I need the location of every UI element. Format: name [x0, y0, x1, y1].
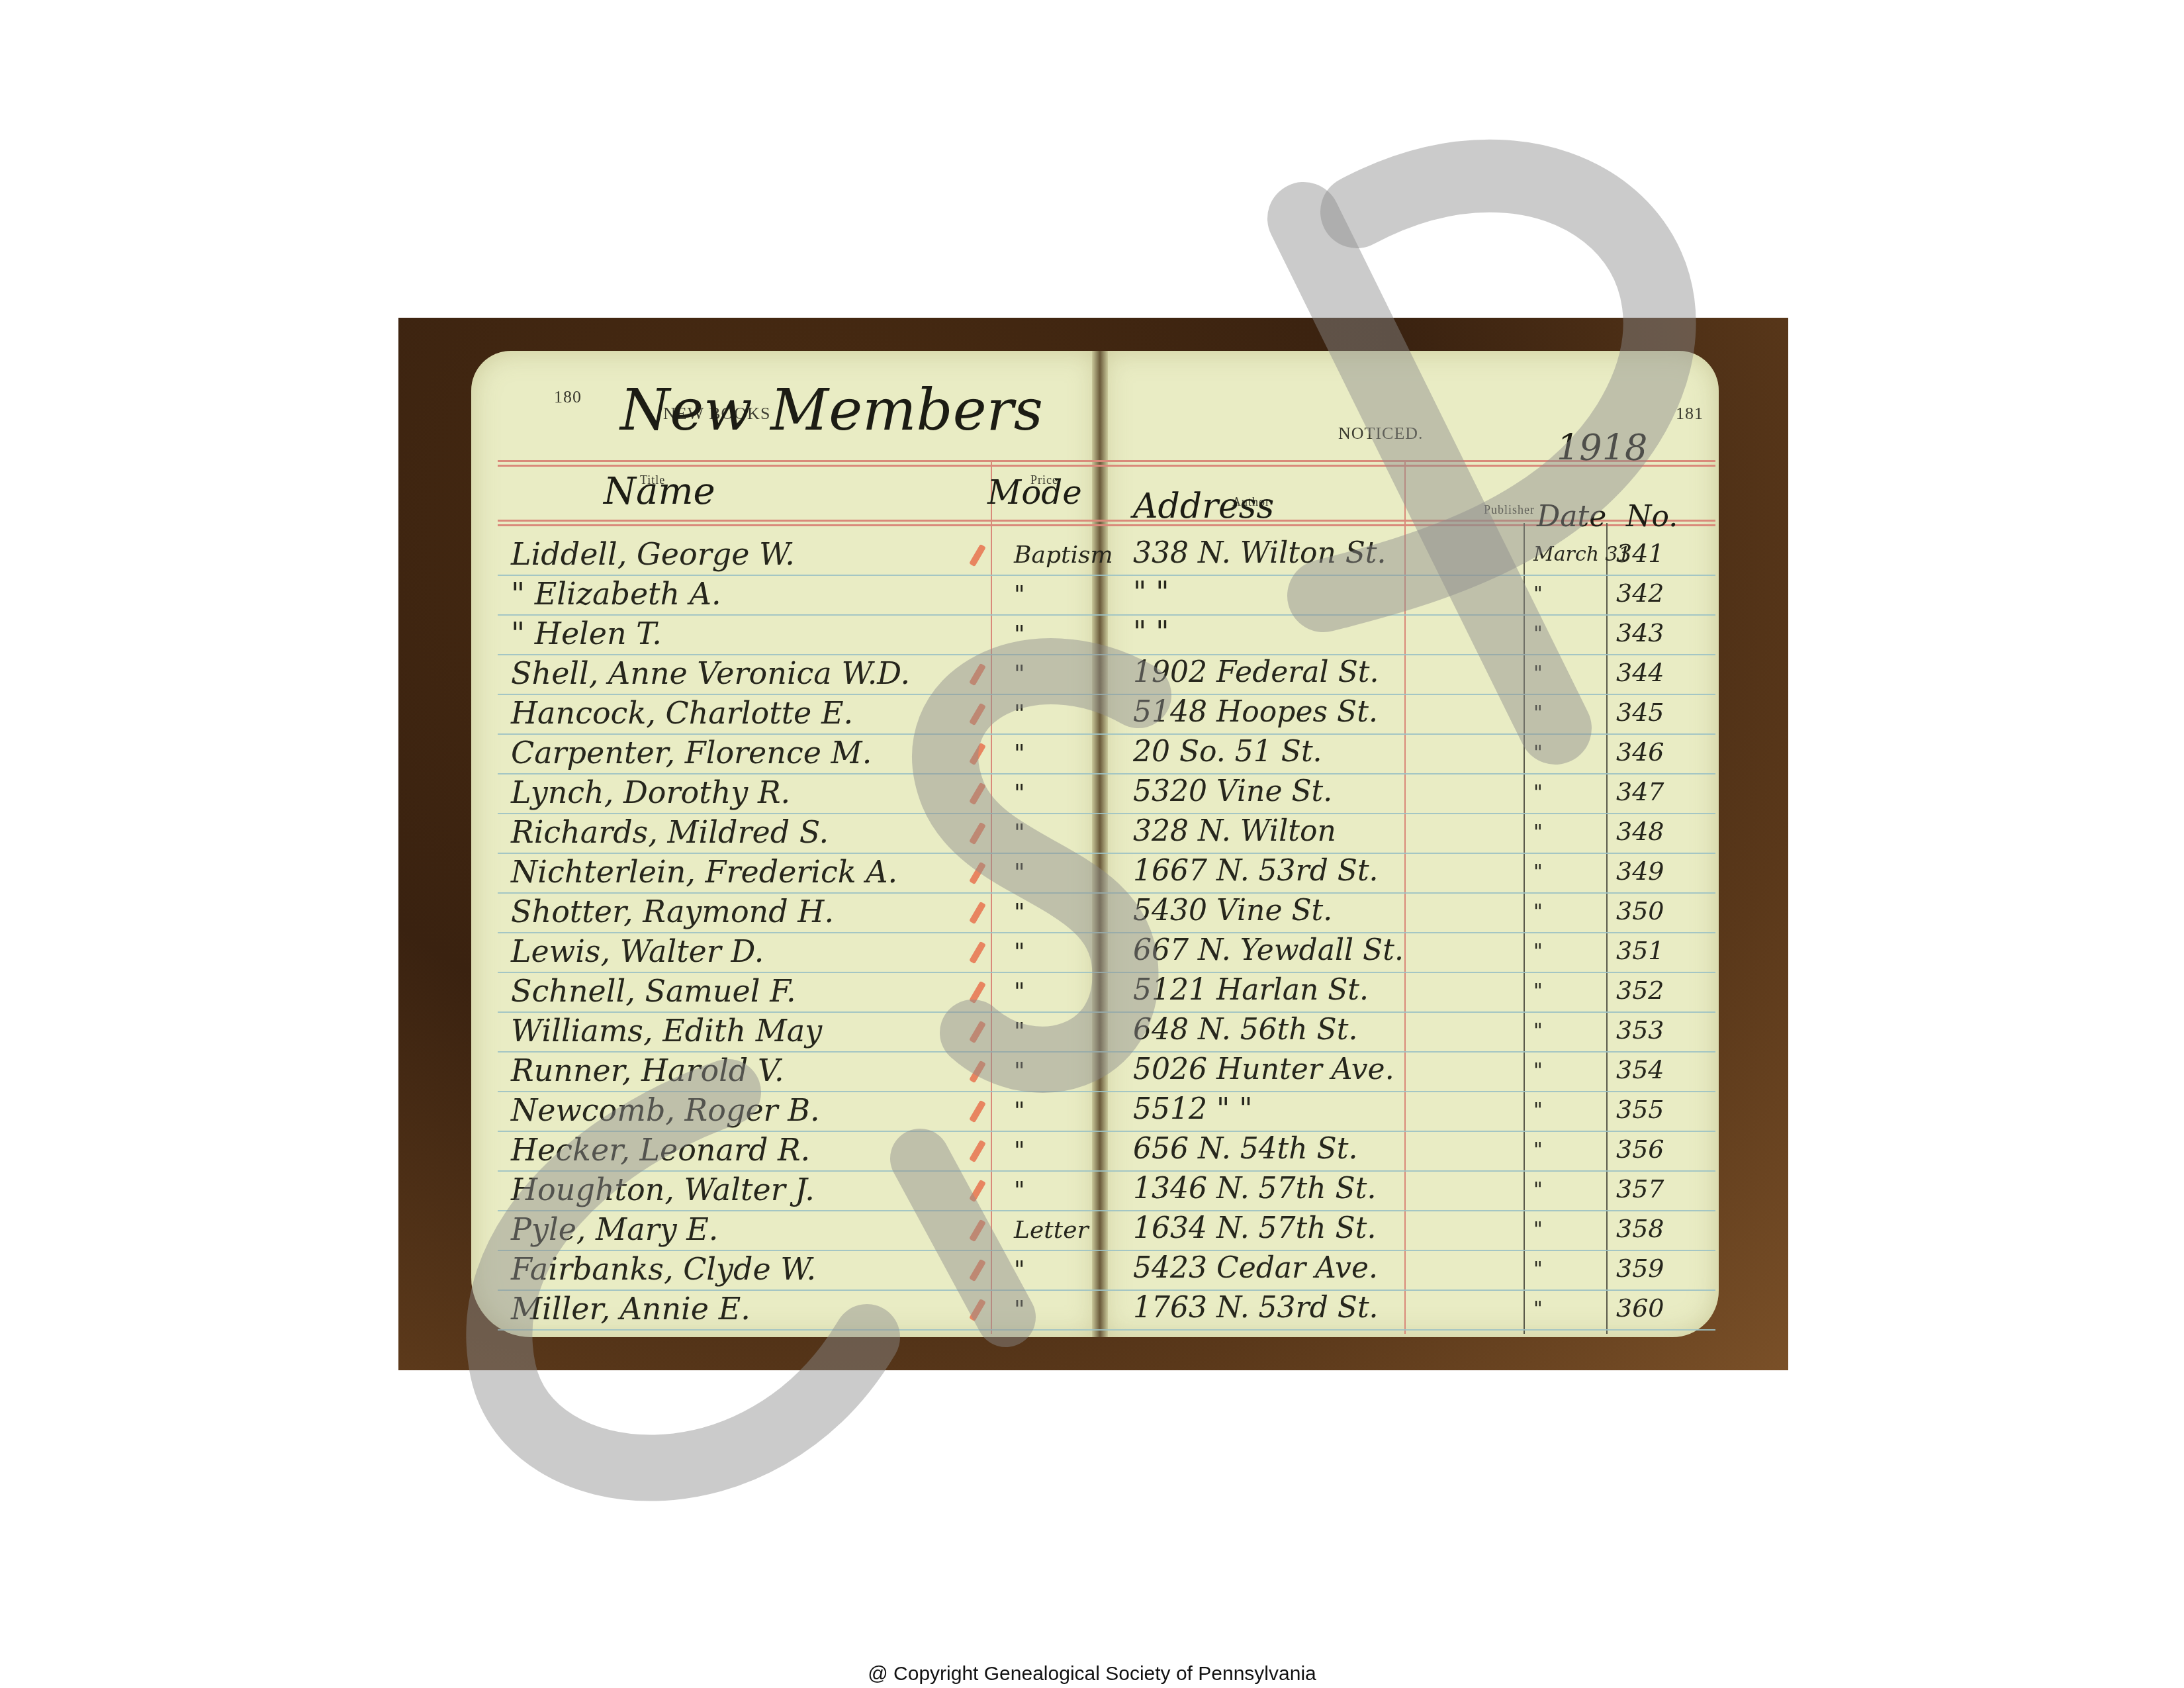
member-number: 356: [1616, 1135, 1664, 1164]
member-address: 328 N. Wilton: [1133, 814, 1336, 848]
member-number: 343: [1616, 618, 1664, 647]
member-address: 5423 Cedar Ave.: [1133, 1251, 1378, 1285]
member-mode: ": [1014, 1098, 1025, 1125]
member-mode: ": [1014, 859, 1025, 886]
header-rule: [498, 465, 1715, 467]
year-label: 1918: [1557, 427, 1647, 469]
member-address: 1667 N. 53rd St.: [1133, 854, 1379, 888]
member-date: ": [1533, 940, 1543, 963]
printed-col-publisher: Publisher: [1484, 503, 1535, 517]
member-number: 345: [1616, 698, 1664, 727]
member-name: Lynch, Dorothy R.: [511, 774, 790, 810]
member-address: 5320 Vine St.: [1133, 774, 1332, 808]
member-name: Hecker, Leonard R.: [511, 1132, 810, 1168]
member-date: ": [1533, 1258, 1543, 1281]
member-mode: ": [1014, 1018, 1025, 1045]
member-number: 354: [1616, 1055, 1664, 1084]
member-mode: ": [1014, 700, 1025, 727]
column-header-number: No.: [1626, 500, 1678, 534]
member-number: 341: [1616, 539, 1664, 568]
member-address: 338 N. Wilton St.: [1133, 536, 1387, 570]
member-address: 667 N. Yewdall St.: [1133, 933, 1404, 967]
member-number: 360: [1616, 1293, 1664, 1323]
column-header-address: Address: [1133, 487, 1274, 526]
member-address: 5512 " ": [1133, 1092, 1252, 1126]
member-name: Liddell, George W.: [511, 536, 795, 572]
member-mode: ": [1014, 740, 1025, 767]
member-name: Hancock, Charlotte E.: [511, 695, 853, 731]
member-mode: ": [1014, 780, 1025, 807]
member-number: 348: [1616, 817, 1664, 846]
member-address: 1634 N. 57th St.: [1133, 1211, 1376, 1245]
column-header-date: Date: [1537, 500, 1606, 534]
member-date: ": [1533, 1178, 1543, 1201]
ruled-line: [498, 614, 1715, 616]
header-rule: [498, 460, 1715, 462]
member-number: 358: [1616, 1214, 1664, 1243]
ledger-title: New Members: [620, 377, 1043, 444]
column-header-mode: Mode: [987, 473, 1082, 512]
member-date: ": [1533, 821, 1543, 844]
member-address: 648 N. 56th St.: [1133, 1013, 1357, 1047]
member-mode: ": [1014, 581, 1025, 608]
member-name: Schnell, Samuel F.: [511, 973, 796, 1009]
member-address: 656 N. 54th St.: [1133, 1132, 1357, 1166]
member-address: 1763 N. 53rd St.: [1133, 1291, 1379, 1325]
member-mode: ": [1014, 1058, 1025, 1085]
member-number: 344: [1616, 658, 1664, 687]
member-mode: ": [1014, 899, 1025, 926]
member-mode: ": [1014, 1296, 1025, 1323]
member-name: " Elizabeth A.: [511, 576, 721, 612]
member-mode: ": [1014, 1177, 1025, 1204]
member-name: Fairbanks, Clyde W.: [511, 1251, 816, 1287]
member-name: Richards, Mildred S.: [511, 814, 829, 850]
right-page-number: 181: [1676, 404, 1704, 424]
member-name: " Helen T.: [511, 616, 662, 651]
member-mode: ": [1014, 661, 1025, 688]
open-ledger-book: 180 181 NEW BOOKS NOTICED. Title Price A…: [471, 351, 1729, 1340]
member-date: ": [1533, 662, 1543, 685]
column-header-rule: [498, 520, 1715, 522]
member-name: Newcomb, Roger B.: [511, 1092, 820, 1128]
member-name: Houghton, Walter J.: [511, 1172, 815, 1207]
member-date: ": [1533, 781, 1543, 804]
member-mode: Baptism: [1014, 541, 1113, 569]
member-address: " ": [1133, 616, 1169, 649]
date-column-line: [1524, 523, 1525, 1334]
member-name: Pyle, Mary E.: [511, 1211, 718, 1247]
member-name: Carpenter, Florence M.: [511, 735, 872, 771]
number-column-line: [1606, 523, 1608, 1334]
member-name: Shell, Anne Veronica W.D.: [511, 655, 910, 691]
member-date: ": [1533, 702, 1543, 725]
member-name: Williams, Edith May: [511, 1013, 822, 1049]
member-address: 5430 Vine St.: [1133, 894, 1332, 927]
copyright-footer: @ Copyright Genealogical Society of Penn…: [0, 1663, 2184, 1685]
member-number: 353: [1616, 1015, 1664, 1045]
member-date: ": [1533, 1218, 1543, 1241]
member-number: 357: [1616, 1174, 1664, 1203]
member-date: ": [1533, 900, 1543, 923]
member-date: ": [1533, 861, 1543, 884]
member-date: ": [1533, 1099, 1543, 1122]
member-mode: ": [1014, 1137, 1025, 1164]
member-address: 20 So. 51 St.: [1133, 735, 1322, 769]
member-date: ": [1533, 1297, 1543, 1321]
member-address: 5148 Hoopes St.: [1133, 695, 1378, 729]
member-date: ": [1533, 622, 1543, 645]
member-date: ": [1533, 980, 1543, 1003]
ruled-line: [498, 1329, 1715, 1331]
member-number: 346: [1616, 737, 1664, 767]
member-address: " ": [1133, 576, 1169, 610]
member-number: 352: [1616, 976, 1664, 1005]
ledger-photo: 180 181 NEW BOOKS NOTICED. Title Price A…: [398, 318, 1788, 1370]
member-mode: ": [1014, 820, 1025, 847]
member-number: 355: [1616, 1095, 1664, 1124]
member-number: 342: [1616, 579, 1664, 608]
left-page-number: 180: [554, 387, 582, 407]
member-address: 5121 Harlan St.: [1133, 973, 1369, 1007]
member-date: ": [1533, 583, 1543, 606]
member-name: Shotter, Raymond H.: [511, 894, 834, 929]
member-address: 5026 Hunter Ave.: [1133, 1053, 1394, 1086]
column-header-rule: [498, 524, 1715, 526]
mode-column-line: [991, 460, 992, 1334]
member-address: 1346 N. 57th St.: [1133, 1172, 1376, 1205]
column-header-name: Name: [604, 470, 715, 513]
member-number: 351: [1616, 936, 1664, 965]
member-name: Runner, Harold V.: [511, 1053, 784, 1088]
member-mode: ": [1014, 939, 1025, 966]
member-number: 347: [1616, 777, 1664, 806]
member-date: ": [1533, 1139, 1543, 1162]
member-mode: ": [1014, 1256, 1025, 1284]
member-date: ": [1533, 1059, 1543, 1082]
member-date: ": [1533, 741, 1543, 765]
member-date: ": [1533, 1019, 1543, 1043]
member-name: Miller, Annie E.: [511, 1291, 751, 1327]
member-address: 1902 Federal St.: [1133, 655, 1379, 689]
book-gutter: [1092, 351, 1108, 1337]
member-number: 359: [1616, 1254, 1664, 1283]
member-name: Lewis, Walter D.: [511, 933, 764, 969]
address-divider-line: [1404, 460, 1406, 1334]
member-mode: Letter: [1014, 1217, 1089, 1244]
printed-header-right: NOTICED.: [1338, 424, 1424, 444]
member-mode: ": [1014, 621, 1025, 648]
member-mode: ": [1014, 978, 1025, 1006]
member-number: 350: [1616, 896, 1664, 925]
member-name: Nichterlein, Frederick A.: [511, 854, 897, 890]
member-number: 349: [1616, 857, 1664, 886]
